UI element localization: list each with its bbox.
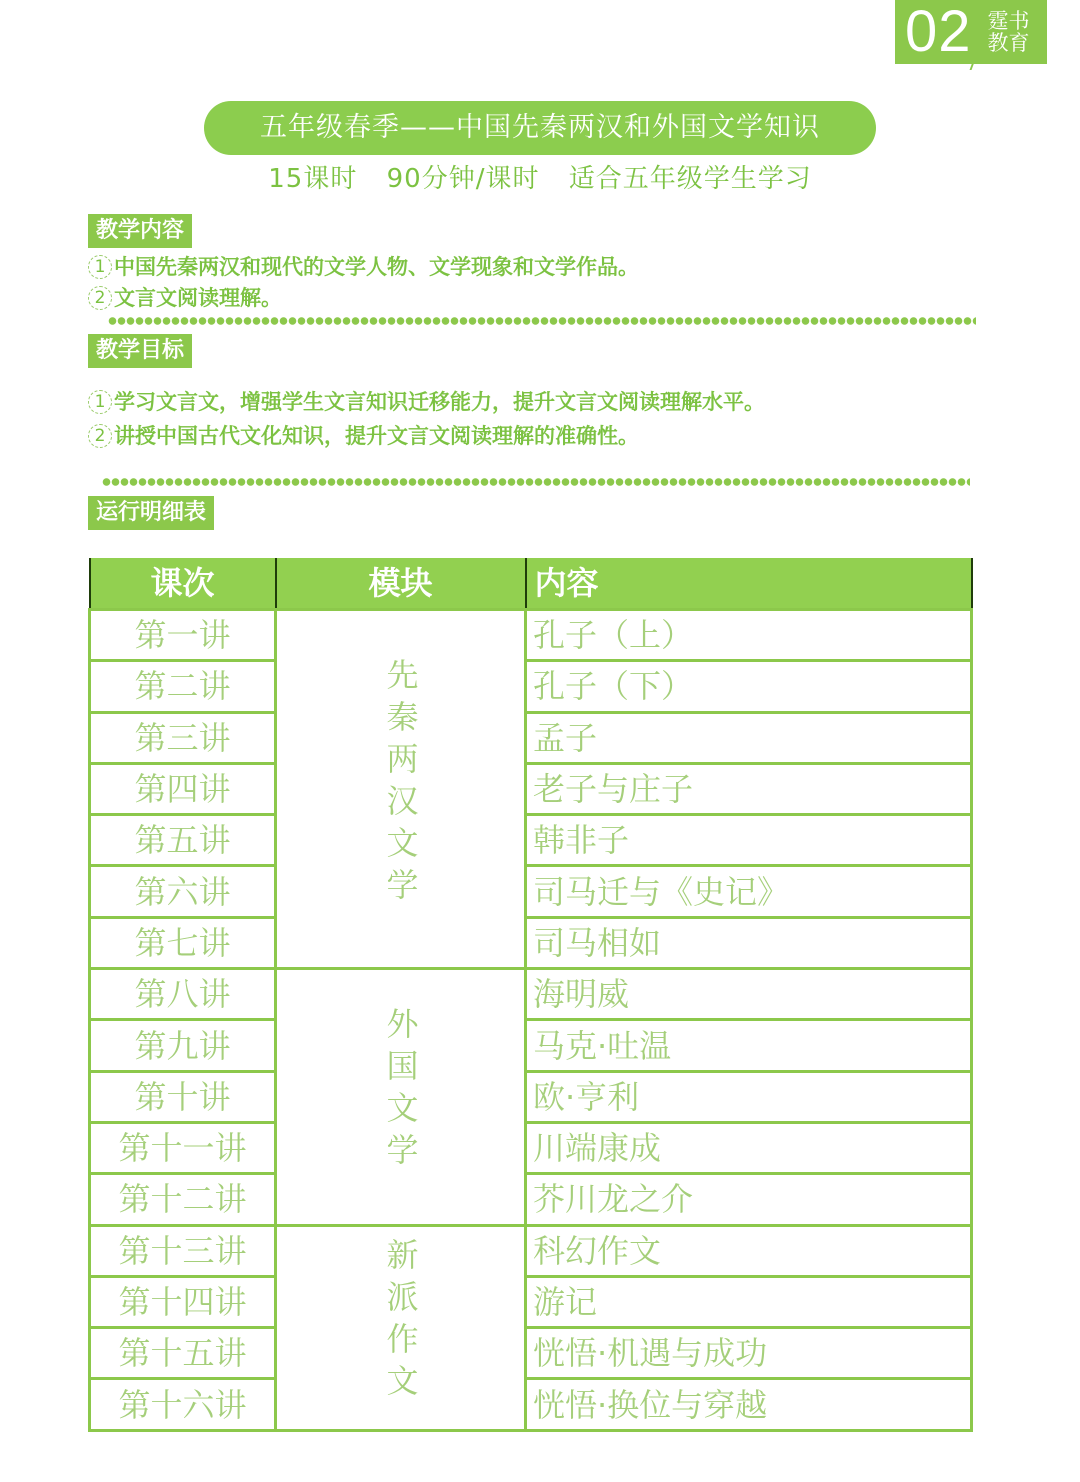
brand-name: 霆书 教育: [988, 10, 1030, 54]
circled-number: 2: [88, 286, 112, 310]
section-label-teaching-content: 教学内容: [88, 214, 192, 248]
table-header-row: 课次 模块 内容: [90, 558, 972, 610]
table-row: 第六讲 司马迁与《史记》: [90, 866, 972, 917]
table-row: 第十一讲 川端康成: [90, 1122, 972, 1173]
lesson-cell: 第六讲: [90, 866, 276, 917]
module-label: 新派作文: [383, 1238, 419, 1406]
content-cell: 恍悟·换位与穿越: [526, 1379, 972, 1430]
table-row: 第十五讲 恍悟·机遇与成功: [90, 1328, 972, 1379]
circled-number: 2: [88, 424, 112, 448]
content-cell: 海明威: [526, 969, 972, 1020]
table-row: 第十讲 欧·亨利: [90, 1071, 972, 1122]
header-module: 模块: [276, 558, 526, 610]
lesson-cell: 第八讲: [90, 969, 276, 1020]
page-title: 五年级春季——中国先秦两汉和外国文学知识: [204, 101, 876, 155]
course-subtitle: 15课时 90分钟/课时 适合五年级学生学习: [204, 160, 876, 198]
schedule-table: 课次 模块 内容 第一讲 先秦两汉文学 孔子（上） 第二讲 孔子（下） 第三讲 …: [88, 558, 973, 1432]
lesson-cell: 第四讲: [90, 763, 276, 814]
content-cell: 游记: [526, 1276, 972, 1327]
content-item-text: 中国先秦两汉和现代的文学人物、文学现象和文学作品。: [114, 255, 639, 279]
dotted-divider: [108, 316, 976, 326]
module-label: 先秦两汉文学: [383, 658, 419, 910]
table-row: 第十三讲 新派作文 科幻作文: [90, 1225, 972, 1276]
table-row: 第二讲 孔子（下）: [90, 661, 972, 712]
lesson-cell: 第十四讲: [90, 1276, 276, 1327]
content-cell: 马克·吐温: [526, 1020, 972, 1071]
table-row: 第三讲 孟子: [90, 712, 972, 763]
lesson-cell: 第十三讲: [90, 1225, 276, 1276]
table-row: 第八讲 外国文学 海明威: [90, 969, 972, 1020]
brand-line-2: 教育: [988, 32, 1030, 54]
content-cell: 司马迁与《史记》: [526, 866, 972, 917]
section-label-teaching-goals: 教学目标: [88, 334, 192, 368]
table-row: 第十二讲 芥川龙之介: [90, 1174, 972, 1225]
table-row: 第十六讲 恍悟·换位与穿越: [90, 1379, 972, 1430]
dotted-divider: [102, 477, 970, 487]
module-label: 外国文学: [383, 1007, 419, 1175]
course-duration: 90分钟/课时: [387, 164, 540, 194]
lesson-cell: 第十五讲: [90, 1328, 276, 1379]
table-row: 第一讲 先秦两汉文学 孔子（上）: [90, 610, 972, 661]
content-cell: 芥川龙之介: [526, 1174, 972, 1225]
brand-line-1: 霆书: [988, 10, 1030, 32]
content-item-2: 2文言文阅读理解。: [88, 283, 282, 313]
brand-badge: 02 霆书 教育: [895, 0, 1047, 64]
content-cell: 司马相如: [526, 917, 972, 968]
lesson-cell: 第二讲: [90, 661, 276, 712]
page-number: 02: [905, 0, 972, 64]
module-cell: 新派作文: [276, 1225, 526, 1430]
content-cell: 韩非子: [526, 815, 972, 866]
content-cell: 孔子（上）: [526, 610, 972, 661]
course-audience: 适合五年级学生学习: [569, 164, 812, 194]
content-cell: 恍悟·机遇与成功: [526, 1328, 972, 1379]
table-row: 第十四讲 游记: [90, 1276, 972, 1327]
lesson-cell: 第九讲: [90, 1020, 276, 1071]
lesson-cell: 第十二讲: [90, 1174, 276, 1225]
table-row: 第九讲 马克·吐温: [90, 1020, 972, 1071]
content-cell: 欧·亨利: [526, 1071, 972, 1122]
table-row: 第七讲 司马相如: [90, 917, 972, 968]
lesson-cell: 第十讲: [90, 1071, 276, 1122]
header-content: 内容: [526, 558, 972, 610]
lesson-cell: 第七讲: [90, 917, 276, 968]
lesson-cell: 第十六讲: [90, 1379, 276, 1430]
module-cell: 先秦两汉文学: [276, 610, 526, 969]
section-label-schedule: 运行明细表: [88, 496, 214, 530]
module-cell: 外国文学: [276, 969, 526, 1225]
content-item-text: 文言文阅读理解。: [114, 286, 282, 310]
goal-item-2: 2讲授中国古代文化知识，提升文言文阅读理解的准确性。: [88, 421, 639, 451]
lesson-cell: 第十一讲: [90, 1122, 276, 1173]
content-cell: 川端康成: [526, 1122, 972, 1173]
content-cell: 老子与庄子: [526, 763, 972, 814]
content-cell: 孔子（下）: [526, 661, 972, 712]
circled-number: 1: [88, 255, 112, 279]
course-hours: 15课时: [268, 164, 357, 194]
circled-number: 1: [88, 390, 112, 414]
lesson-cell: 第五讲: [90, 815, 276, 866]
content-item-1: 1中国先秦两汉和现代的文学人物、文学现象和文学作品。: [88, 252, 639, 282]
lesson-cell: 第一讲: [90, 610, 276, 661]
content-cell: 科幻作文: [526, 1225, 972, 1276]
goal-item-text: 讲授中国古代文化知识，提升文言文阅读理解的准确性。: [114, 424, 639, 448]
table-row: 第四讲 老子与庄子: [90, 763, 972, 814]
content-cell: 孟子: [526, 712, 972, 763]
table-row: 第五讲 韩非子: [90, 815, 972, 866]
goal-item-1: 1学习文言文，增强学生文言知识迁移能力，提升文言文阅读理解水平。: [88, 387, 765, 417]
page: 02 霆书 教育 五年级春季——中国先秦两汉和外国文学知识 15课时 90分钟/…: [0, 0, 1080, 1482]
lesson-cell: 第三讲: [90, 712, 276, 763]
header-lesson: 课次: [90, 558, 276, 610]
goal-item-text: 学习文言文，增强学生文言知识迁移能力，提升文言文阅读理解水平。: [114, 390, 765, 414]
